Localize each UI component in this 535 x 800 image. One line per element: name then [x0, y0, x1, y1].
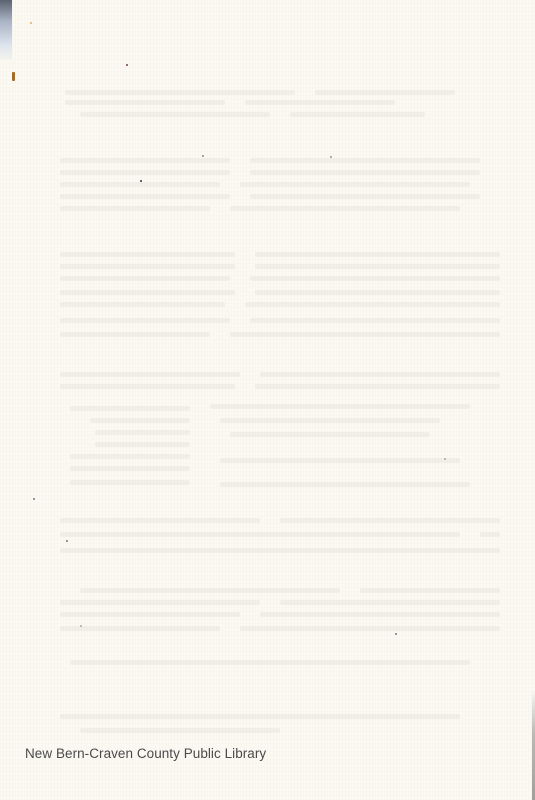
bleed-through-line — [70, 660, 470, 665]
bleed-through-line — [60, 206, 210, 211]
bleed-through-line — [260, 372, 500, 377]
bleed-through-line — [95, 442, 190, 447]
bleed-through-line — [230, 332, 500, 337]
bleed-through-line — [220, 458, 460, 463]
bleed-through-line — [360, 588, 500, 593]
paper-speck — [140, 180, 142, 182]
bleed-through-line — [80, 728, 280, 733]
bleed-through-line — [260, 612, 500, 617]
bleed-through-line — [70, 454, 190, 459]
bleed-through-line — [480, 532, 500, 537]
bleed-through-line — [220, 482, 470, 487]
paper-speck — [126, 64, 128, 66]
bleed-through-line — [60, 714, 460, 719]
paper-speck — [202, 155, 204, 157]
bleed-through-line — [250, 276, 500, 281]
bleed-through-line — [255, 384, 500, 389]
bleed-through-line — [95, 430, 190, 435]
bleed-through-line — [290, 112, 425, 117]
paper-speck — [80, 625, 82, 627]
bleed-through-line — [70, 480, 190, 485]
bleed-through-line — [60, 318, 230, 323]
paper-speck — [330, 156, 332, 158]
bleed-through-line — [315, 90, 455, 95]
bleed-through-line — [230, 206, 460, 211]
bleed-through-line — [280, 518, 500, 523]
paper-speck — [66, 540, 68, 542]
bleed-through-line — [60, 518, 260, 523]
bleed-through-line — [230, 432, 430, 437]
bleed-through-line — [70, 406, 190, 411]
bleed-through-line — [60, 276, 230, 281]
bleed-through-line — [60, 600, 260, 605]
bleed-through-line — [60, 302, 225, 307]
bleed-through-line — [255, 252, 500, 257]
bleed-through-line — [60, 626, 220, 631]
bleed-through-line — [60, 332, 210, 337]
bleed-through-line — [80, 112, 270, 117]
paper-speck — [30, 22, 32, 24]
paper-speck — [395, 633, 397, 635]
bleed-through-line — [280, 600, 500, 605]
bleed-through-line — [250, 194, 480, 199]
bleed-through-line — [255, 290, 500, 295]
bleed-through-line — [60, 372, 240, 377]
bleed-through-line — [60, 194, 230, 199]
bleed-through-line — [65, 100, 225, 105]
bleed-through-line — [220, 418, 440, 423]
bleed-through-line — [70, 466, 190, 471]
bleed-through-line — [245, 302, 500, 307]
bleed-through-line — [60, 532, 460, 537]
paper-stain — [12, 72, 15, 81]
scanner-edge-left — [0, 0, 12, 60]
bleed-through-line — [90, 418, 190, 423]
bleed-through-line — [250, 318, 500, 323]
library-attribution: New Bern-Craven County Public Library — [25, 746, 266, 761]
bleed-through-line — [60, 548, 500, 553]
bleed-through-line — [255, 264, 500, 269]
bleed-through-line — [240, 182, 470, 187]
bleed-through-line — [210, 404, 470, 409]
bleed-through-line — [65, 90, 295, 95]
bleed-through-line — [60, 158, 230, 163]
bleed-through-line — [60, 612, 240, 617]
paper-speck — [444, 458, 446, 460]
paper-speck — [33, 498, 35, 500]
bleed-through-line — [60, 264, 235, 269]
bleed-through-line — [250, 158, 480, 163]
bleed-through-line — [60, 252, 235, 257]
scanned-page: New Bern-Craven County Public Library — [0, 0, 535, 800]
bleed-through-line — [245, 100, 395, 105]
bleed-through-line — [250, 170, 480, 175]
bleed-through-line — [60, 290, 235, 295]
bleed-through-line — [60, 182, 220, 187]
bleed-through-line — [80, 588, 340, 593]
paper-texture — [0, 0, 535, 800]
bleed-through-line — [60, 384, 235, 389]
bleed-through-line — [60, 170, 230, 175]
bleed-through-line — [240, 626, 500, 631]
